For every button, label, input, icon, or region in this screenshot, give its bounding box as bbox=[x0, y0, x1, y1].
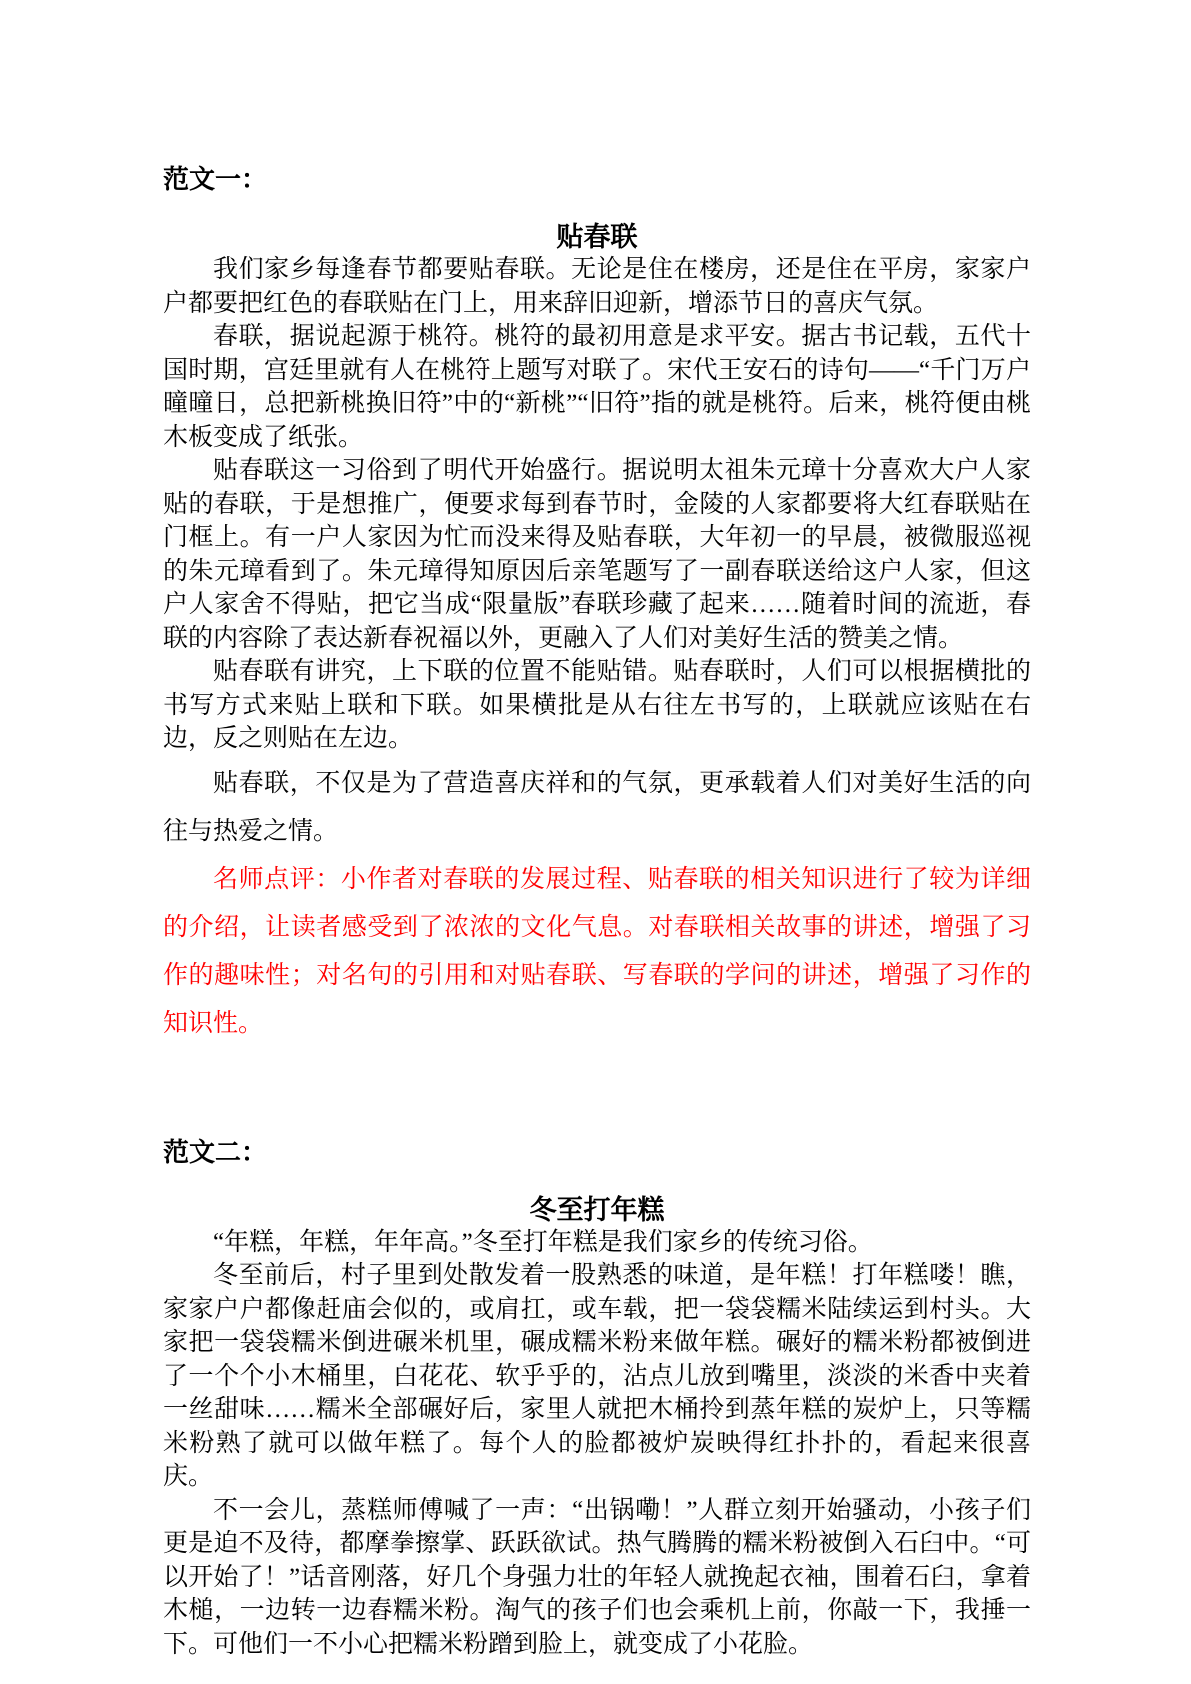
essay1-closing-paragraph: 贴春联，不仅是为了营造喜庆祥和的气氛，更承载着人们对美好生活的向往与热爱之情。 bbox=[163, 760, 1031, 856]
document-page: 范文一： 贴春联 我们家乡每逢春节都要贴春联。无论是住在楼房，还是住在平房，家家… bbox=[0, 0, 1191, 1684]
essay1-paragraph-1: 我们家乡每逢春节都要贴春联。无论是住在楼房，还是住在平房，家家户户都要把红色的春… bbox=[163, 253, 1031, 320]
essay2-section-label: 范文二： bbox=[163, 1136, 1031, 1168]
essay1-section: 范文一： 贴春联 我们家乡每逢春节都要贴春联。无论是住在楼房，还是住在平房，家家… bbox=[163, 163, 1031, 1048]
essay2-paragraph-1: “年糕，年糕，年年高。”冬至打年糕是我们家乡的传统习俗。 bbox=[163, 1226, 1031, 1260]
essay1-teacher-comment: 名师点评：小作者对春联的发展过程、贴春联的相关知识进行了较为详细的介绍，让读者感… bbox=[163, 856, 1031, 1048]
essay1-paragraph-3: 贴春联这一习俗到了明代开始盛行。据说明太祖朱元璋十分喜欢大户人家贴的春联，于是想… bbox=[163, 454, 1031, 655]
essay2-section: 范文二： 冬至打年糕 “年糕，年糕，年年高。”冬至打年糕是我们家乡的传统习俗。 … bbox=[163, 1136, 1031, 1662]
essay2-paragraph-3: 不一会儿，蒸糕师傅喊了一声：“出锅嘞！”人群立刻开始骚动，小孩子们更是迫不及待，… bbox=[163, 1494, 1031, 1662]
essay1-paragraph-4: 贴春联有讲究，上下联的位置不能贴错。贴春联时，人们可以根据横批的书写方式来贴上联… bbox=[163, 655, 1031, 756]
essay1-section-label: 范文一： bbox=[163, 163, 1031, 195]
document-content: 范文一： 贴春联 我们家乡每逢春节都要贴春联。无论是住在楼房，还是住在平房，家家… bbox=[163, 163, 1031, 1661]
essay2-title: 冬至打年糕 bbox=[163, 1194, 1031, 1226]
essay1-title: 贴春联 bbox=[163, 221, 1031, 253]
essay1-paragraph-2: 春联，据说起源于桃符。桃符的最初用意是求平安。据古书记载，五代十国时期，宫廷里就… bbox=[163, 320, 1031, 454]
essay2-paragraph-2: 冬至前后，村子里到处散发着一股熟悉的味道，是年糕！打年糕喽！瞧，家家户户都像赶庙… bbox=[163, 1259, 1031, 1494]
